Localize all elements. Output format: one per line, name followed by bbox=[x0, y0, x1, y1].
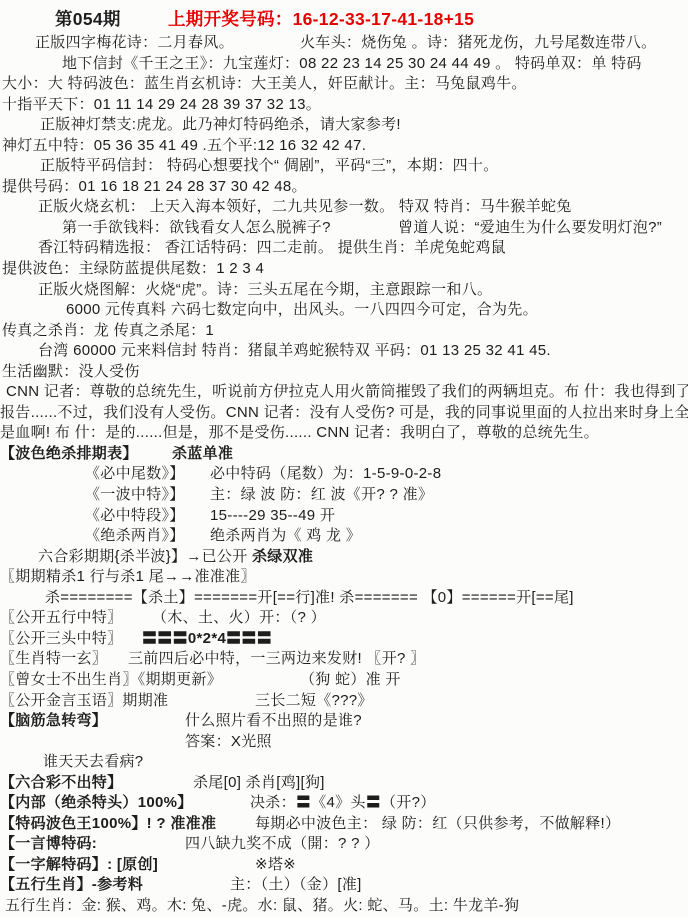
text-segment: 十指平天下：01 11 14 29 24 28 39 37 32 13。 bbox=[2, 93, 321, 114]
text-line: 杀========【杀土】=======开[==行]准! 杀======= 【0… bbox=[0, 586, 688, 607]
text-segment: 杀绿双准 bbox=[252, 545, 313, 566]
text-segment: 【波色绝杀排期表】 bbox=[0, 442, 138, 463]
text-segment: 提供波色：主绿防蓝提供尾数：1 2 3 4 bbox=[2, 257, 264, 278]
text-segment: 〓〓〓0*2*4〓〓〓 bbox=[142, 627, 272, 648]
text-segment: 正版火烧图解：火烧“虎”。诗：三头五尾在今期，主意跟踪一和八。 bbox=[38, 278, 492, 299]
text-segment: 三长二短《???》 bbox=[255, 689, 373, 710]
last-draw-numbers: 上期开奖号码：16-12-33-17-41-18+15 bbox=[168, 6, 474, 31]
text-segment: 《必中特段》】 bbox=[85, 504, 185, 525]
text-segment: 火车头：烧伤兔 。诗：猪死龙伤，九号尾数连带八。 bbox=[300, 31, 656, 52]
text-segment: 什么照片看不出照的是谁? bbox=[185, 709, 362, 730]
text-line: 提供波色：主绿防蓝提供尾数：1 2 3 4 bbox=[0, 257, 688, 278]
text-line: 六合彩期期{杀半波}】→已公开杀绿双准 bbox=[0, 545, 688, 566]
text-segment: 决杀：〓《4》头〓（开?） bbox=[250, 791, 436, 812]
text-segment: 六合彩期期{杀半波}】→已公开 bbox=[38, 545, 248, 566]
text-segment: 【六合彩不出特】 bbox=[0, 771, 122, 792]
text-segment: 必中特码（尾数）为：1-5-9-0-2-8 bbox=[210, 462, 441, 483]
text-segment: 〖曾女士不出生肖〗《期期更新》 bbox=[0, 668, 222, 689]
text-segment: 《绝杀两肖》】 bbox=[85, 524, 185, 545]
text-segment: 传真之杀肖：龙 传真之杀尾：1 bbox=[2, 319, 214, 340]
text-segment: 曾道人说：“爱迪生为什么要发明灯泡?” bbox=[398, 216, 662, 237]
text-segment: 《必中尾数》】 bbox=[85, 462, 185, 483]
text-line: 正版四字梅花诗：二月春风。火车头：烧伤兔 。诗：猪死龙伤，九号尾数连带八。 bbox=[0, 31, 688, 52]
text-segment: 6000 元传真料 六码七数定向中，出风头。一八四四今可定，合为先。 bbox=[66, 298, 538, 319]
text-line: 〖期期精杀1 行与杀1 尾→→准准准〗 bbox=[0, 565, 688, 586]
lottery-tip-sheet: 第054期 上期开奖号码：16-12-33-17-41-18+15 正版四字梅花… bbox=[0, 0, 688, 917]
text-line: 【波色绝杀排期表】杀蓝单准 bbox=[0, 442, 688, 463]
text-line: 正版火烧玄机： 上天入海本领好，二九共见参一数。 特双 特肖：马牛猴羊蛇兔 bbox=[0, 195, 688, 216]
document-body: 正版四字梅花诗：二月春风。火车头：烧伤兔 。诗：猪死龙伤，九号尾数连带八。地下信… bbox=[0, 31, 688, 915]
text-line: 台湾 60000 元来料信封 特肖：猪鼠羊鸡蛇猴特双 平码：01 13 25 3… bbox=[0, 339, 688, 360]
text-line: 《绝杀两肖》】绝杀两肖为《 鸡 龙 》 bbox=[0, 524, 688, 545]
text-line: 【五行生肖】-参考料主：（土）（金）[准] bbox=[0, 873, 688, 894]
text-line: 《必中特段》】15----29 35--49 开 bbox=[0, 504, 688, 525]
text-segment: 正版火烧玄机： 上天入海本领好，二九共见参一数。 特双 特肖：马牛猴羊蛇兔 bbox=[38, 195, 572, 216]
text-line: 谁天天去看病? bbox=[0, 750, 688, 771]
text-line: 大小：大 特码波色：蓝生肖玄机诗：大王美人，奸臣献计。主：马兔鼠鸡牛。 bbox=[0, 72, 688, 93]
text-segment: 生活幽默：没人受伤 bbox=[2, 360, 140, 381]
text-segment: （狗 蛇）准 开 bbox=[300, 668, 401, 689]
issue-number: 第054期 bbox=[55, 6, 121, 31]
text-segment: ※塔※ bbox=[255, 853, 296, 874]
text-line: 传真之杀肖：龙 传真之杀尾：1 bbox=[0, 319, 688, 340]
text-line: 提供号码：01 16 18 21 24 28 37 30 42 48。 bbox=[0, 175, 688, 196]
text-line: 6000 元传真料 六码七数定向中，出风头。一八四四今可定，合为先。 bbox=[0, 298, 688, 319]
text-segment: 〖公开三头中特〗 bbox=[0, 627, 122, 648]
text-line: 〖生肖特一玄〗三前四后必中特，一三两边来发财! 〖开? 〗 bbox=[0, 647, 688, 668]
text-line: 答案：X光照 bbox=[0, 730, 688, 751]
text-segment: 杀尾[0] 杀肖[鸡][狗] bbox=[193, 771, 325, 792]
text-segment: 答案：X光照 bbox=[185, 730, 272, 751]
text-segment: 神灯五中特：05 36 35 41 49 .五个平:12 16 32 42 47… bbox=[2, 134, 366, 155]
text-line: 〖曾女士不出生肖〗《期期更新》（狗 蛇）准 开 bbox=[0, 668, 688, 689]
text-line: CNN 记者：尊敬的总统先生，听说前方伊拉克人用火箭筒摧毁了我们的两辆坦克。布 … bbox=[0, 380, 688, 401]
text-line: 报告......不过，我们没有人受伤。CNN 记者：没有人受伤? 可是，我的同事… bbox=[0, 401, 688, 422]
text-line: 【一字解特码】: [原创]※塔※ bbox=[0, 853, 688, 874]
text-line: 正版特平码信封： 特码心想要找个“ 倜剧”，平码“三”，本期：四十。 bbox=[0, 154, 688, 175]
text-line: 【内部（绝杀特头）100%】决杀：〓《4》头〓（开?） bbox=[0, 791, 688, 812]
text-segment: 杀蓝单准 bbox=[172, 442, 233, 463]
text-line: 〖公开五行中特〗（木、土、火）开：（? ） bbox=[0, 606, 688, 627]
text-segment: 【一字解特码】: [原创] bbox=[0, 853, 158, 874]
text-segment: 15----29 35--49 开 bbox=[210, 504, 335, 525]
text-segment: （木、土、火）开：（? ） bbox=[152, 606, 326, 627]
text-line: 是血啊! 布 什：是的......但是，那不是受伤...... CNN 记者：我… bbox=[0, 421, 688, 442]
text-line: 香江特码精选报： 香江话特码：四二走前。 提供生肖：羊虎兔蛇鸡鼠 bbox=[0, 236, 688, 257]
text-segment: 正版神灯禁支:虎龙。此乃神灯特码绝杀，请大家参考! bbox=[40, 113, 401, 134]
text-segment: 【脑筋急转弯】 bbox=[0, 709, 107, 730]
text-segment: 谁天天去看病? bbox=[43, 750, 143, 771]
text-line: 【一言博特码:四八缺九奖不成（開：? ? ） bbox=[0, 832, 688, 853]
text-segment: 杀========【杀土】=======开[==行]准! 杀======= 【0… bbox=[45, 586, 574, 607]
text-segment: 地下信封《千王之王》：九宝莲灯：08 22 23 14 25 30 24 44 … bbox=[62, 52, 642, 73]
header-line: 第054期 上期开奖号码：16-12-33-17-41-18+15 bbox=[0, 6, 688, 31]
text-segment: 第一手欲钱料：欲钱看女人怎么脱裤子? bbox=[62, 216, 331, 237]
text-segment: 提供号码：01 16 18 21 24 28 37 30 42 48。 bbox=[2, 175, 307, 196]
text-segment: 〖期期精杀1 行与杀1 尾→→准准准〗 bbox=[0, 565, 256, 586]
text-segment: 香江特码精选报： 香江话特码：四二走前。 提供生肖：羊虎兔蛇鸡鼠 bbox=[38, 236, 506, 257]
text-line: 生活幽默：没人受伤 bbox=[0, 360, 688, 381]
text-line: 神灯五中特：05 36 35 41 49 .五个平:12 16 32 42 47… bbox=[0, 134, 688, 155]
text-segment: 四八缺九奖不成（開：? ? ） bbox=[185, 832, 380, 853]
text-segment: 〖公开五行中特〗 bbox=[0, 606, 122, 627]
text-segment: 【内部（绝杀特头）100%】 bbox=[0, 791, 193, 812]
text-line: 正版神灯禁支:虎龙。此乃神灯特码绝杀，请大家参考! bbox=[0, 113, 688, 134]
text-line: 地下信封《千王之王》：九宝莲灯：08 22 23 14 25 30 24 44 … bbox=[0, 52, 688, 73]
text-segment: 正版四字梅花诗：二月春风。 bbox=[35, 31, 234, 52]
text-line: 〖公开三头中特〗〓〓〓0*2*4〓〓〓 bbox=[0, 627, 688, 648]
text-segment: 三前四后必中特，一三两边来发财! 〖开? 〗 bbox=[128, 647, 425, 668]
text-segment: 《一波中特》】 bbox=[85, 483, 185, 504]
text-line: 【脑筋急转弯】什么照片看不出照的是谁? bbox=[0, 709, 688, 730]
text-segment: 报告......不过，我们没有人受伤。CNN 记者：没有人受伤? 可是，我的同事… bbox=[0, 401, 688, 422]
text-segment: 每期必中波色主： 绿 防：红（只供参考，不做解释!） bbox=[255, 812, 620, 833]
text-segment: 【五行生肖】-参考料 bbox=[0, 873, 143, 894]
text-segment: 【特码波色王100%】! ? 准准准 bbox=[0, 812, 216, 833]
text-line: 十指平天下：01 11 14 29 24 28 39 37 32 13。 bbox=[0, 93, 688, 114]
text-segment: 主：（土）（金）[准] bbox=[230, 873, 362, 894]
text-segment: 是血啊! 布 什：是的......但是，那不是受伤...... CNN 记者：我… bbox=[0, 421, 599, 442]
text-segment: 大小：大 特码波色：蓝生肖玄机诗：大王美人，奸臣献计。主：马兔鼠鸡牛。 bbox=[2, 72, 527, 93]
text-segment: 〖公开金言玉语〗期期准 bbox=[0, 689, 168, 710]
text-line: 【特码波色王100%】! ? 准准准每期必中波色主： 绿 防：红（只供参考，不做… bbox=[0, 812, 688, 833]
text-line: 【六合彩不出特】杀尾[0] 杀肖[鸡][狗] bbox=[0, 771, 688, 792]
text-segment: 绝杀两肖为《 鸡 龙 》 bbox=[210, 524, 361, 545]
text-segment: 正版特平码信封： 特码心想要找个“ 倜剧”，平码“三”，本期：四十。 bbox=[40, 154, 499, 175]
text-line: 正版火烧图解：火烧“虎”。诗：三头五尾在今期，主意跟踪一和八。 bbox=[0, 278, 688, 299]
text-line: 五行生肖：金: 猴、鸡。木: 兔、-虎。水: 鼠、猪。火: 蛇、马。土: 牛龙羊… bbox=[0, 894, 688, 915]
text-segment: 五行生肖：金: 猴、鸡。木: 兔、-虎。水: 鼠、猪。火: 蛇、马。土: 牛龙羊… bbox=[5, 894, 519, 915]
text-line: 第一手欲钱料：欲钱看女人怎么脱裤子?曾道人说：“爱迪生为什么要发明灯泡?” bbox=[0, 216, 688, 237]
text-line: 《一波中特》】主：绿 波 防：红 波《开? ? 准》 bbox=[0, 483, 688, 504]
text-line: 《必中尾数》】必中特码（尾数）为：1-5-9-0-2-8 bbox=[0, 462, 688, 483]
text-segment: 主：绿 波 防：红 波《开? ? 准》 bbox=[210, 483, 433, 504]
text-line: 〖公开金言玉语〗期期准三长二短《???》 bbox=[0, 689, 688, 710]
text-segment: CNN 记者：尊敬的总统先生，听说前方伊拉克人用火箭筒摧毁了我们的两辆坦克。布 … bbox=[6, 380, 688, 401]
text-segment: 〖生肖特一玄〗 bbox=[0, 647, 107, 668]
text-segment: 台湾 60000 元来料信封 特肖：猪鼠羊鸡蛇猴特双 平码：01 13 25 3… bbox=[38, 339, 551, 360]
text-segment: 【一言博特码: bbox=[0, 832, 97, 853]
